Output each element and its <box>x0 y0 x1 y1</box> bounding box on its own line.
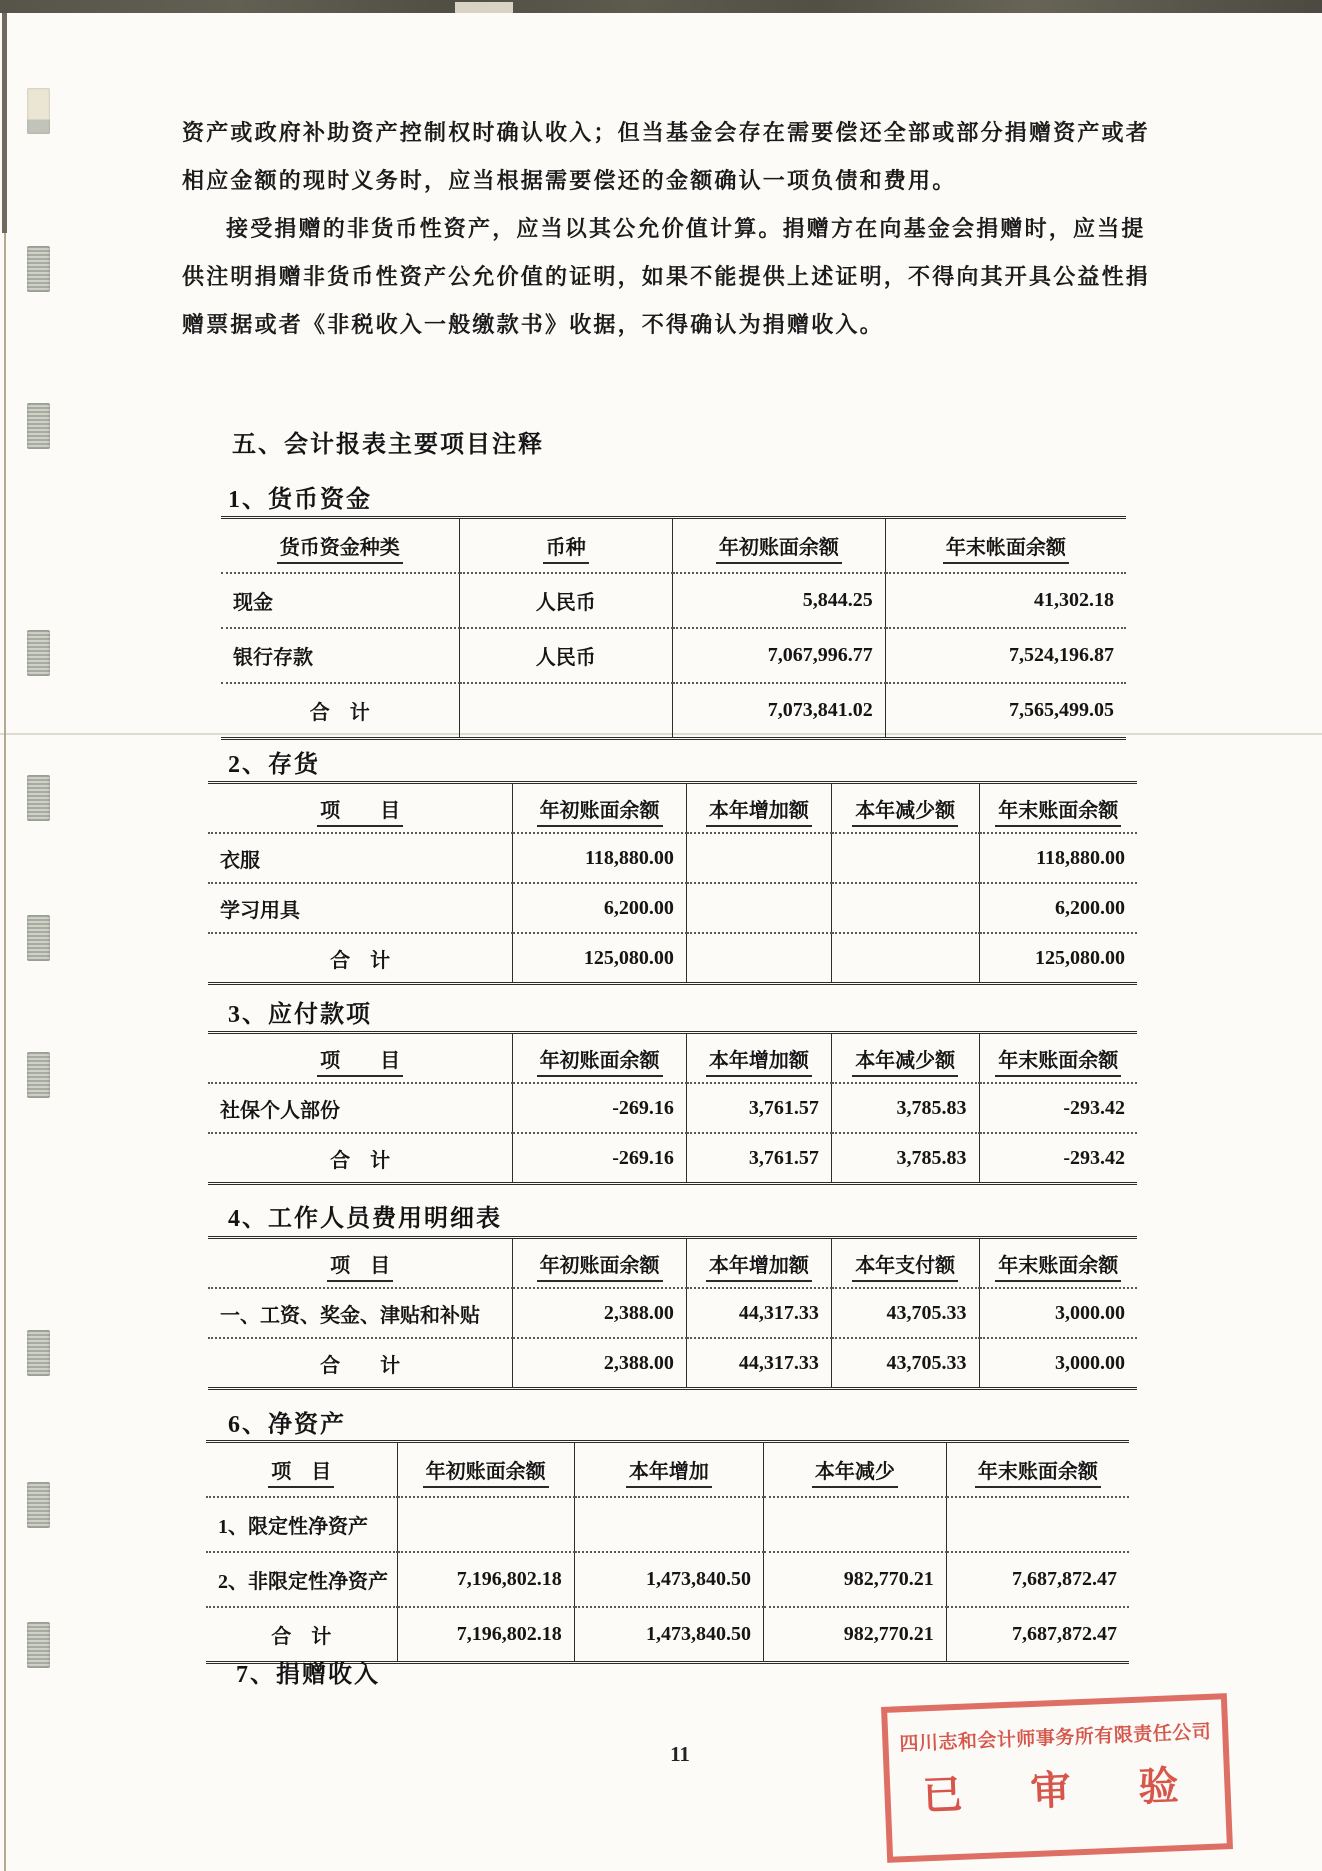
total-label-cell: 合 计 <box>208 1338 513 1389</box>
currency-cell: 人民币 <box>459 573 673 628</box>
amount-cell: 41,302.18 <box>885 573 1126 628</box>
empty-cell <box>686 883 831 933</box>
header-cell: 年初账面余额 <box>513 1238 687 1289</box>
table-row: 2、非限定性净资产 7,196,802.18 1,473,840.50 982,… <box>206 1552 1129 1607</box>
amount-cell: 7,687,872.47 <box>946 1552 1129 1607</box>
binder-mark <box>27 1330 50 1376</box>
header-label: 项 目 <box>317 800 403 827</box>
subsection-title-monetary-funds: 1、货币资金 <box>228 479 372 514</box>
empty-cell <box>397 1497 574 1552</box>
header-label: 项 目 <box>268 1461 334 1488</box>
amount-cell: 3,000.00 <box>979 1338 1137 1389</box>
header-label: 年初账面余额 <box>537 800 663 827</box>
total-label-cell: 合 计 <box>208 1133 513 1184</box>
header-cell: 项 目 <box>206 1442 397 1498</box>
binder-mark <box>27 403 50 449</box>
header-cell: 本年减少额 <box>831 783 979 834</box>
page-number: 11 <box>656 1742 704 1767</box>
table-header-row: 项 目 年初账面余额 本年增加额 本年支付额 年末账面余额 <box>208 1238 1137 1289</box>
table-row: 现金 人民币 5,844.25 41,302.18 <box>221 573 1126 628</box>
header-cell: 本年减少 <box>763 1442 946 1498</box>
table-header-row: 项 目 年初账面余额 本年增加额 本年减少额 年末账面余额 <box>208 1033 1137 1084</box>
binder-mark <box>27 1622 50 1668</box>
amount-cell: 6,200.00 <box>513 883 687 933</box>
amount-cell: -293.42 <box>979 1133 1137 1184</box>
table-header-row: 项 目 年初账面余额 本年增加额 本年减少额 年末账面余额 <box>208 783 1137 834</box>
scan-left-edge-dark <box>2 13 7 233</box>
amount-cell: 125,080.00 <box>979 933 1137 984</box>
paragraph-line: 供注明捐赠非货币性资产公允价值的证明，如果不能提供上述证明，不得向其开具公益性捐 <box>182 260 1150 291</box>
amount-cell: 7,565,499.05 <box>885 683 1126 739</box>
binder-mark <box>27 246 50 292</box>
header-label: 本年减少额 <box>852 1050 958 1077</box>
row-label-cell: 银行存款 <box>221 628 459 683</box>
header-label: 年初账面余额 <box>537 1255 663 1282</box>
header-cell: 年末账面余额 <box>979 1238 1137 1289</box>
table-monetary-funds: 货币资金种类 币种 年初账面余额 年末帐面余额 现金 人民币 5,844.25 … <box>221 516 1126 740</box>
amount-cell: 7,196,802.18 <box>397 1552 574 1607</box>
header-label: 币种 <box>543 537 589 564</box>
header-label: 年末帐面余额 <box>943 537 1069 564</box>
row-label-cell: 衣服 <box>208 833 513 883</box>
subsection-title-donation-income: 7、捐赠收入 <box>236 1654 380 1689</box>
empty-cell <box>763 1497 946 1552</box>
row-label-cell: 1、限定性净资产 <box>206 1497 397 1552</box>
paragraph-line: 相应金额的现时义务时，应当根据需要偿还的金额确认一项负债和费用。 <box>182 164 956 195</box>
header-cell: 年初账面余额 <box>673 518 886 574</box>
row-label-cell: 一、工资、奖金、津贴和补贴 <box>208 1288 513 1338</box>
table-net-assets: 项 目 年初账面余额 本年增加 本年减少 年末账面余额 1、限定性净资产 2、非… <box>206 1440 1129 1664</box>
empty-cell <box>459 683 673 739</box>
header-cell: 货币资金种类 <box>221 518 459 574</box>
table-row: 社保个人部份 -269.16 3,761.57 3,785.83 -293.42 <box>208 1083 1137 1133</box>
header-cell: 本年减少额 <box>831 1033 979 1084</box>
total-label-cell: 合 计 <box>208 933 513 984</box>
amount-cell: 6,200.00 <box>979 883 1137 933</box>
stamp-audited-text: 已 审 验 <box>889 1752 1225 1822</box>
amount-cell: 982,770.21 <box>763 1552 946 1607</box>
empty-cell <box>831 883 979 933</box>
amount-cell: 1,473,840.50 <box>574 1552 763 1607</box>
header-cell: 年初账面余额 <box>513 783 687 834</box>
empty-cell <box>574 1497 763 1552</box>
currency-cell: 人民币 <box>459 628 673 683</box>
empty-cell <box>686 833 831 883</box>
header-label: 本年增加额 <box>706 1050 812 1077</box>
amount-cell: 118,880.00 <box>979 833 1137 883</box>
header-cell: 本年支付额 <box>831 1238 979 1289</box>
empty-cell <box>946 1497 1129 1552</box>
amount-cell: 7,073,841.02 <box>673 683 886 739</box>
header-label: 项 目 <box>317 1050 403 1077</box>
amount-cell: -293.42 <box>979 1083 1137 1133</box>
header-label: 本年增加额 <box>706 1255 812 1282</box>
amount-cell: 1,473,840.50 <box>574 1607 763 1663</box>
header-cell: 本年增加额 <box>686 1238 831 1289</box>
row-label-cell: 社保个人部份 <box>208 1083 513 1133</box>
table-row: 衣服 118,880.00 118,880.00 <box>208 833 1137 883</box>
table-header-row: 货币资金种类 币种 年初账面余额 年末帐面余额 <box>221 518 1126 574</box>
header-label: 本年减少额 <box>852 800 958 827</box>
binder-mark <box>27 1052 50 1098</box>
amount-cell: 43,705.33 <box>831 1338 979 1389</box>
header-cell: 年末账面余额 <box>979 783 1137 834</box>
header-cell: 项 目 <box>208 783 513 834</box>
scan-left-edge <box>4 13 6 1871</box>
table-payables: 项 目 年初账面余额 本年增加额 本年减少额 年末账面余额 社保个人部份 -26… <box>208 1031 1137 1185</box>
table-row: 银行存款 人民币 7,067,996.77 7,524,196.87 <box>221 628 1126 683</box>
table-total-row: 合 计 2,388.00 44,317.33 43,705.33 3,000.0… <box>208 1338 1137 1389</box>
header-label: 年末账面余额 <box>995 1255 1121 1282</box>
binder-mark <box>27 1482 50 1528</box>
amount-cell: -269.16 <box>513 1133 687 1184</box>
table-row: 1、限定性净资产 <box>206 1497 1129 1552</box>
paragraph-line: 资产或政府补助资产控制权时确认收入；但当基金会存在需要偿还全部或部分捐赠资产或者 <box>182 116 1150 147</box>
amount-cell: 3,000.00 <box>979 1288 1137 1338</box>
header-cell: 本年增加额 <box>686 783 831 834</box>
amount-cell: 3,785.83 <box>831 1133 979 1184</box>
scan-edge-gap <box>455 2 513 13</box>
amount-cell: 118,880.00 <box>513 833 687 883</box>
scan-edge-band <box>0 0 1322 13</box>
amount-cell: 2,388.00 <box>513 1338 687 1389</box>
amount-cell: 3,761.57 <box>686 1133 831 1184</box>
audit-stamp: 四川志和会计师事务所有限责任公司 已 审 验 <box>881 1693 1233 1863</box>
amount-cell: 7,067,996.77 <box>673 628 886 683</box>
header-cell: 年末帐面余额 <box>885 518 1126 574</box>
header-label: 年末账面余额 <box>975 1461 1101 1488</box>
header-cell: 年末账面余额 <box>979 1033 1137 1084</box>
amount-cell: 2,388.00 <box>513 1288 687 1338</box>
table-total-row: 合 计 125,080.00 125,080.00 <box>208 933 1137 984</box>
amount-cell: 3,761.57 <box>686 1083 831 1133</box>
paragraph-line: 赠票据或者《非税收入一般缴款书》收据，不得确认为捐赠收入。 <box>182 308 884 339</box>
header-cell: 年初账面余额 <box>513 1033 687 1084</box>
header-label: 货币资金种类 <box>277 537 403 564</box>
header-label: 项 目 <box>327 1255 393 1282</box>
table-header-row: 项 目 年初账面余额 本年增加 本年减少 年末账面余额 <box>206 1442 1129 1498</box>
header-label: 年初账面余额 <box>716 537 842 564</box>
subsection-title-inventory: 2、存货 <box>228 744 320 779</box>
table-row: 学习用具 6,200.00 6,200.00 <box>208 883 1137 933</box>
stamp-company-name: 四川志和会计师事务所有限责任公司 <box>888 1716 1223 1756</box>
binder-mark <box>27 630 50 676</box>
row-label-cell: 学习用具 <box>208 883 513 933</box>
header-label: 年末账面余额 <box>995 800 1121 827</box>
binder-mark <box>27 915 50 961</box>
amount-cell: 5,844.25 <box>673 573 886 628</box>
header-label: 本年增加额 <box>706 800 812 827</box>
empty-cell <box>831 933 979 984</box>
table-staff-costs: 项 目 年初账面余额 本年增加额 本年支付额 年末账面余额 一、工资、奖金、津贴… <box>208 1236 1137 1390</box>
empty-cell <box>831 833 979 883</box>
amount-cell: 7,687,872.47 <box>946 1607 1129 1663</box>
header-cell: 项 目 <box>208 1238 513 1289</box>
amount-cell: 44,317.33 <box>686 1288 831 1338</box>
header-label: 本年增加 <box>626 1461 712 1488</box>
amount-cell: 125,080.00 <box>513 933 687 984</box>
paragraph-line: 接受捐赠的非货币性资产，应当以其公允价值计算。捐赠方在向基金会捐赠时，应当提 <box>226 212 1146 243</box>
subsection-title-net-assets: 6、净资产 <box>228 1404 346 1439</box>
table-total-row: 合 计 -269.16 3,761.57 3,785.83 -293.42 <box>208 1133 1137 1184</box>
header-cell: 项 目 <box>208 1033 513 1084</box>
amount-cell: -269.16 <box>513 1083 687 1133</box>
subsection-title-payables: 3、应付款项 <box>228 994 372 1029</box>
header-label: 年末账面余额 <box>995 1050 1121 1077</box>
header-cell: 年末账面余额 <box>946 1442 1129 1498</box>
header-cell: 本年增加额 <box>686 1033 831 1084</box>
header-label: 本年支付额 <box>852 1255 958 1282</box>
table-row: 一、工资、奖金、津贴和补贴 2,388.00 44,317.33 43,705.… <box>208 1288 1137 1338</box>
amount-cell: 7,196,802.18 <box>397 1607 574 1663</box>
amount-cell: 43,705.33 <box>831 1288 979 1338</box>
section-heading-notes: 五、会计报表主要项目注释 <box>232 424 544 459</box>
table-inventory: 项 目 年初账面余额 本年增加额 本年减少额 年末账面余额 衣服 118,880… <box>208 781 1137 985</box>
subsection-title-staff-costs: 4、工作人员费用明细表 <box>228 1198 502 1233</box>
header-cell: 币种 <box>459 518 673 574</box>
amount-cell: 44,317.33 <box>686 1338 831 1389</box>
header-label: 年初账面余额 <box>537 1050 663 1077</box>
header-label: 本年减少 <box>812 1461 898 1488</box>
amount-cell: 982,770.21 <box>763 1607 946 1663</box>
header-cell: 年初账面余额 <box>397 1442 574 1498</box>
binder-mark <box>27 88 50 134</box>
header-cell: 本年增加 <box>574 1442 763 1498</box>
row-label-cell: 2、非限定性净资产 <box>206 1552 397 1607</box>
amount-cell: 7,524,196.87 <box>885 628 1126 683</box>
empty-cell <box>686 933 831 984</box>
total-label-cell: 合 计 <box>221 683 459 739</box>
amount-cell: 3,785.83 <box>831 1083 979 1133</box>
table-total-row: 合 计 7,073,841.02 7,565,499.05 <box>221 683 1126 739</box>
scanned-report-page: 资产或政府补助资产控制权时确认收入；但当基金会存在需要偿还全部或部分捐赠资产或者… <box>0 0 1322 1871</box>
header-label: 年初账面余额 <box>423 1461 549 1488</box>
binder-mark <box>27 775 50 821</box>
row-label-cell: 现金 <box>221 573 459 628</box>
